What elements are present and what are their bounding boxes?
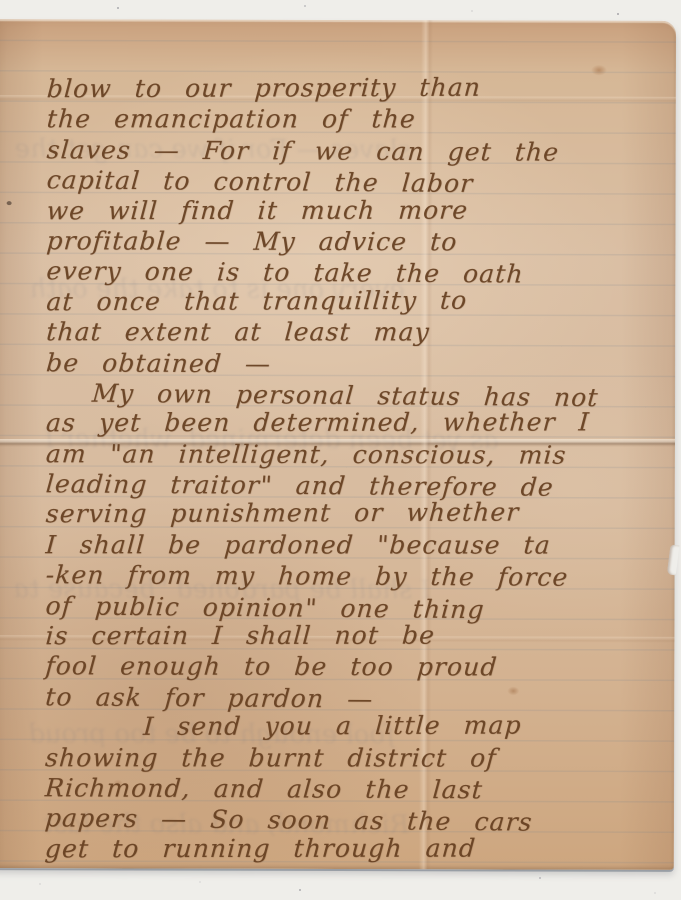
letter-line-22: I send you a little map (44, 710, 663, 743)
letter-line-1: blow to our prosperity than (46, 72, 665, 105)
letter-line-20: fool enough to be too proud (44, 652, 663, 684)
letter-line-17: -ken from my home by the force (45, 560, 664, 593)
letter-body: blow to our prosperity thanthe emancipat… (0, 19, 676, 866)
letter-line-26: get to running through and (44, 833, 663, 864)
letter-line-12: as yet been determined, whether I (45, 408, 664, 439)
scanner-background: slaves — For if we can get theevery one … (0, 0, 681, 900)
letter-line-19: is certain I shall not be (44, 620, 663, 651)
letter-line-10: be obtained — (45, 348, 664, 381)
letter-line-16: I shall be pardoned "because ta (45, 530, 664, 561)
letter-line-24: Richmond, and also the last (44, 773, 663, 806)
letter-line-13: am "an intelligent, conscious, mis (45, 439, 664, 471)
letter-line-3: slaves — For if we can get the (46, 135, 665, 168)
letter-line-15: serving punishment or whether (45, 497, 664, 530)
letter-line-23: showing the burnt district of (44, 743, 663, 774)
letter-line-8: at once that tranquillity to (45, 285, 664, 318)
letter-line-2: the emancipation of the (46, 105, 665, 136)
letter-line-5: we will find it much more (46, 195, 665, 226)
letter-page: slaves — For if we can get theevery one … (0, 19, 676, 870)
letter-line-6: profitable — My advice to (45, 226, 664, 258)
letter-line-9: that extent at least may (45, 317, 664, 348)
